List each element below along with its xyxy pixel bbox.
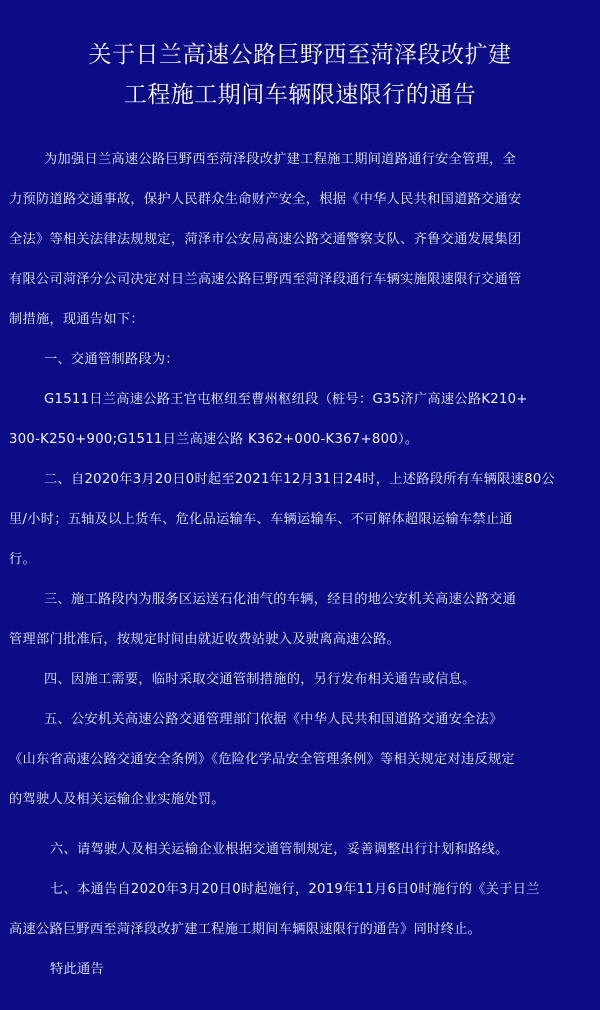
closing-line: 特此通告 bbox=[50, 958, 104, 977]
body-line: 六、请驾驶人及相关运输企业根据交通管制规定，妥善调整出行计划和路线。 bbox=[50, 838, 509, 857]
body-line: 管理部门批准后，按规定时间由就近收费站驶入及驶离高速公路。 bbox=[9, 628, 400, 647]
notice-page: 关于日兰高速公路巨野西至菏泽段改扩建 工程施工期间车辆限速限行的通告 为加强日兰… bbox=[0, 0, 600, 1010]
body-line: 为加强日兰高速公路巨野西至菏泽段改扩建工程施工期间道路通行安全管理，全 bbox=[44, 148, 516, 167]
section-heading: 一、交通管制路段为： bbox=[44, 348, 179, 367]
body-line: 七、本通告自2020年3月20日0时起施行，2019年11月6日0时施行的《关于… bbox=[50, 878, 540, 897]
body-line: 力预防道路交通事故，保护人民群众生命财产安全，根据《中华人民共和国道路交通安 bbox=[9, 188, 522, 207]
body-line: 制措施，现通告如下： bbox=[9, 308, 144, 327]
body-line: 二、自2020年3月20日0时起至2021年12月31日24时，上述路段所有车辆… bbox=[44, 468, 555, 487]
body-line: 全法》等相关法律法规规定，菏泽市公安局高速公路交通警察支队、齐鲁交通发展集团 bbox=[9, 228, 522, 247]
body-line: 高速公路巨野西至菏泽段改扩建工程施工期间车辆限速限行的通告》同时终止。 bbox=[9, 918, 481, 937]
body-line: 的驾驶人及相关运输企业实施处罚。 bbox=[9, 788, 225, 807]
body-line: 行。 bbox=[9, 548, 36, 567]
body-line: G1511日兰高速公路王官屯枢纽至曹州枢纽段（桩号：G35济广高速公路K210+ bbox=[44, 388, 528, 407]
body-line: 三、施工路段内为服务区运送石化油气的车辆，经目的地公安机关高速公路交通 bbox=[44, 588, 516, 607]
body-line: 300-K250+900;G1511日兰高速公路 K362+000-K367+8… bbox=[9, 428, 418, 447]
body-line: 五、公安机关高速公路交通管理部门依据《中华人民共和国道路交通安全法》 bbox=[44, 708, 503, 727]
body-line: 四、因施工需要，临时采取交通管制措施的，另行发布相关通告或信息。 bbox=[44, 668, 476, 687]
notice-title-line-1: 关于日兰高速公路巨野西至菏泽段改扩建 bbox=[0, 36, 600, 69]
body-line: 有限公司菏泽分公司决定对日兰高速公路巨野西至菏泽段通行车辆实施限速限行交通管 bbox=[9, 268, 522, 287]
notice-title-line-2: 工程施工期间车辆限速限行的通告 bbox=[0, 76, 600, 109]
body-line: 里/小时；五轴及以上货车、危化品运输车、车辆运输车、不可解体超限运输车禁止通 bbox=[9, 508, 513, 527]
body-line: 《山东省高速公路交通安全条例》《危险化学品安全管理条例》等相关规定对违反规定 bbox=[9, 748, 515, 767]
